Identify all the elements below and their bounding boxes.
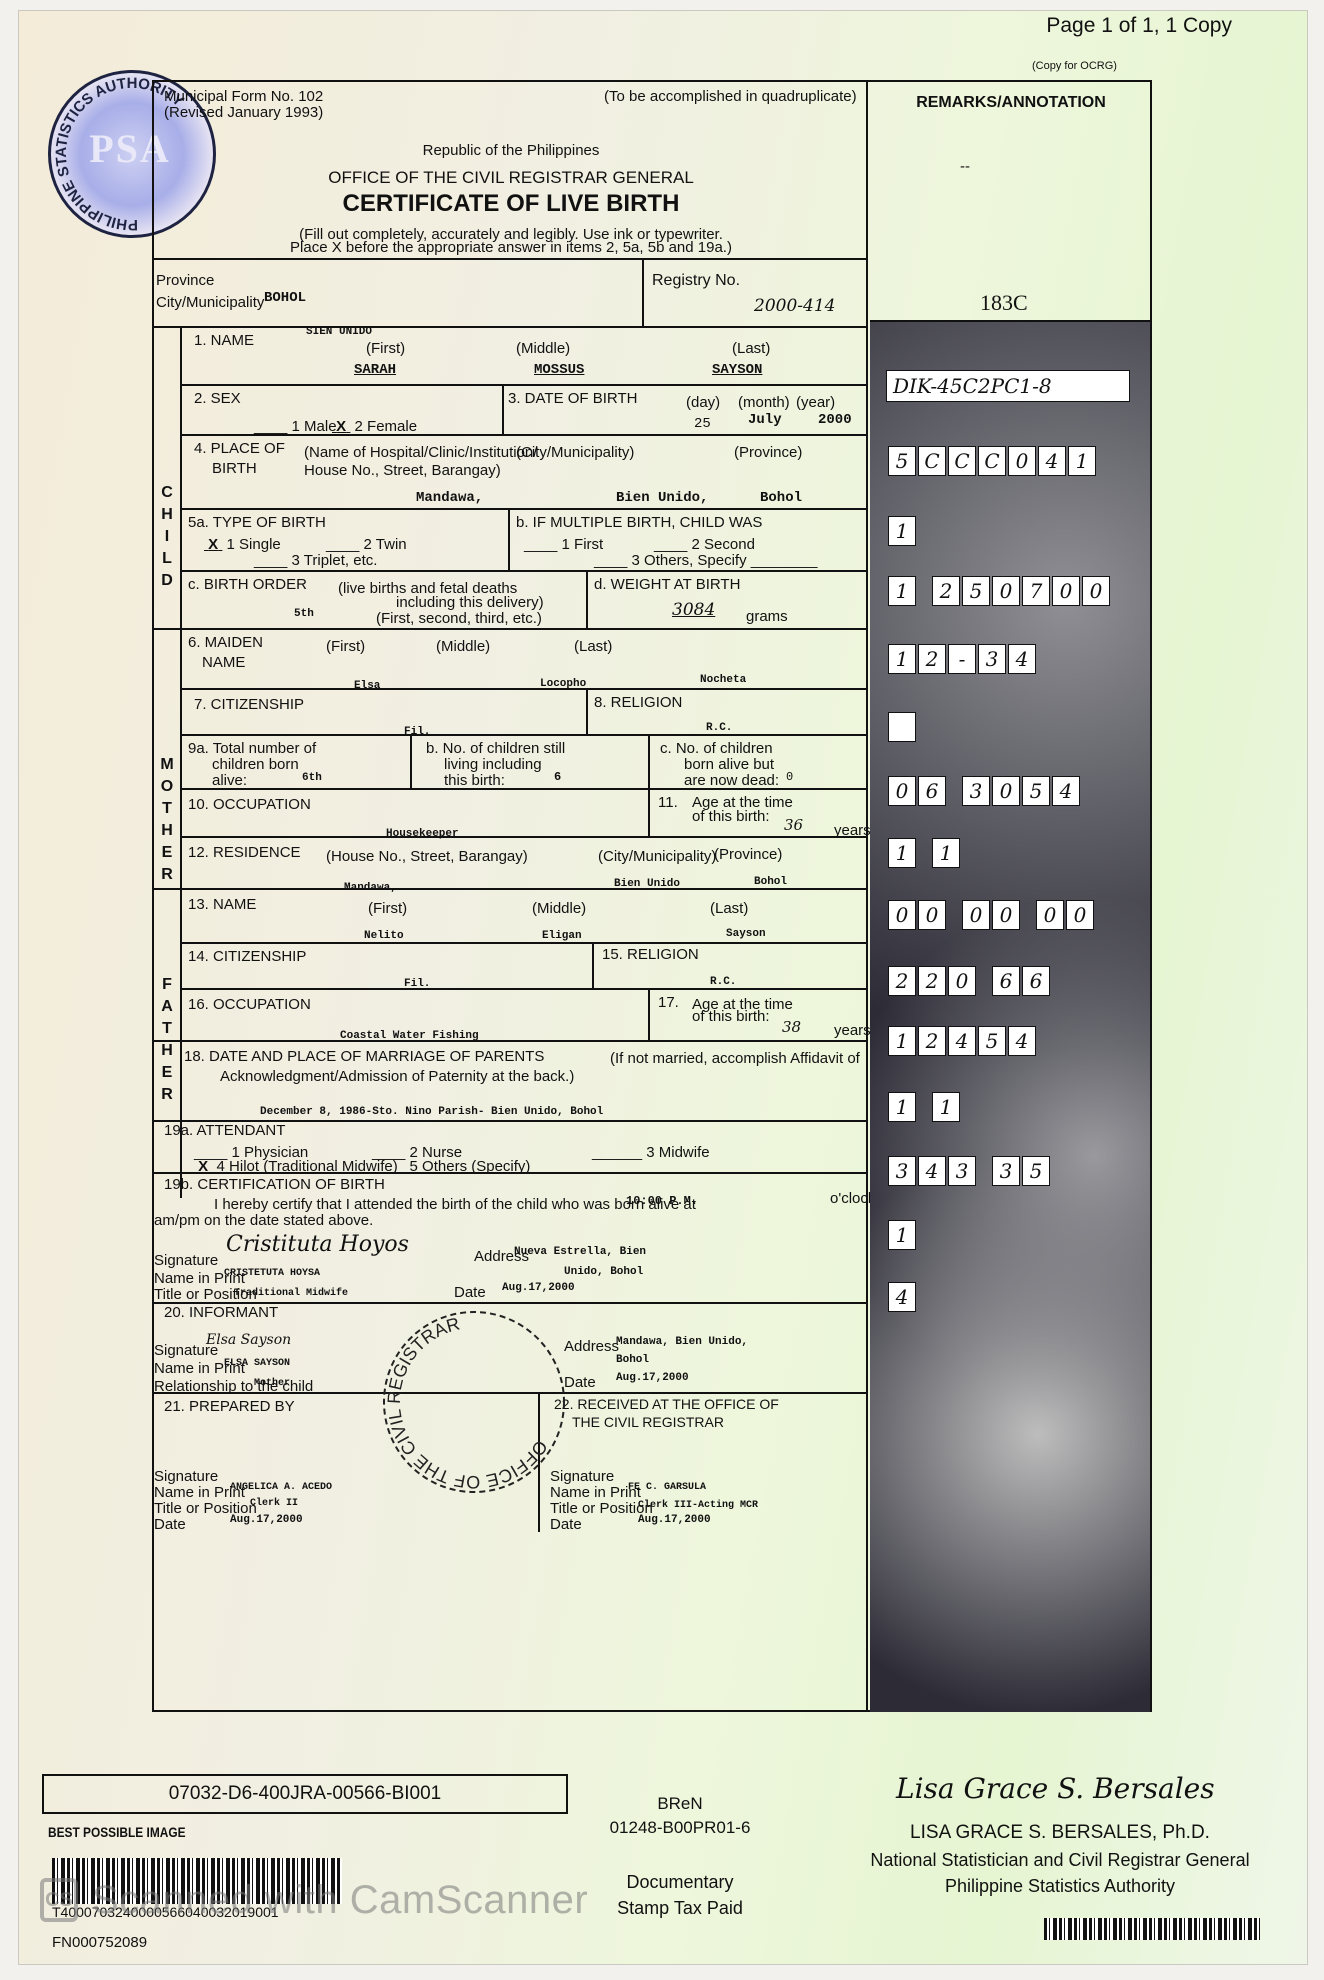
father-age-value: 38 <box>782 1018 801 1036</box>
coding-box: 7 <box>1022 576 1050 606</box>
dob-label: 3. DATE OF BIRTH <box>508 390 637 407</box>
father-name-label: 13. NAME <box>188 896 256 913</box>
pob-label: 4. PLACE OF <box>194 440 285 457</box>
father-religion-label: 15. RELIGION <box>602 946 699 963</box>
coding-box: 1 <box>888 1026 916 1056</box>
weight-value: 3084 <box>672 600 715 620</box>
certification-label: 19b. CERTIFICATION OF BIRTH <box>164 1176 385 1193</box>
dead-children-value: 0 <box>786 770 793 784</box>
coding-box: 4 <box>1008 644 1036 674</box>
coding-box: 3 <box>888 1156 916 1186</box>
child-first-name: SARAH <box>354 362 396 378</box>
coding-box: 1 <box>888 576 916 606</box>
coding-box: 4 <box>948 1026 976 1056</box>
province-label: Province <box>156 272 214 289</box>
child-middle-name: MOSSUS <box>534 362 584 378</box>
coding-box: 0 <box>992 576 1020 606</box>
coding-box: C <box>918 446 946 476</box>
coding-box: 1 <box>932 1092 960 1122</box>
attendant-address-2: Unido, Bohol <box>564 1266 643 1278</box>
form-revised: (Revised January 1993) <box>164 104 323 121</box>
coding-box: 2 <box>932 576 960 606</box>
signatory-title: National Statistician and Civil Registra… <box>830 1850 1290 1871</box>
coding-box <box>918 1092 930 1122</box>
signatory-name: LISA GRACE S. BERSALES, Ph.D. <box>830 1822 1290 1844</box>
camscanner-watermark: Scanned with CamScanner <box>92 1878 588 1923</box>
form-number: Municipal Form No. 102 <box>164 88 323 105</box>
coding-box-row: 11 <box>888 838 960 868</box>
birth-type-label: 5a. TYPE OF BIRTH <box>188 514 326 531</box>
coding-box: 0 <box>1082 576 1110 606</box>
coding-box: 1 <box>1068 446 1096 476</box>
total-children-value: 6th <box>302 772 322 784</box>
coding-box: 0 <box>962 900 990 930</box>
small-barcode-icon <box>1044 1918 1260 1940</box>
coding-box: 5 <box>978 1026 1006 1056</box>
city-label: City/Municipality <box>156 294 264 311</box>
coding-box: 3 <box>948 1156 976 1186</box>
prepared-by-name: ANGELICA A. ACEDO <box>230 1482 332 1493</box>
bren-label: BReN <box>580 1794 780 1814</box>
pob-province: Bohol <box>760 490 802 506</box>
birth-certificate-form: Municipal Form No. 102 (Revised January … <box>152 80 1152 1712</box>
attendant-label: 19a. ATTENDANT <box>164 1122 285 1139</box>
coding-box <box>978 1156 990 1186</box>
informant-label: 20. INFORMANT <box>164 1304 278 1321</box>
form-main: Municipal Form No. 102 (Revised January … <box>154 82 868 1710</box>
informant-name: ELSA SAYSON <box>224 1358 290 1369</box>
coding-box: 5 <box>1022 1156 1050 1186</box>
coding-box: 2 <box>918 644 946 674</box>
living-children-value: 6 <box>554 770 561 784</box>
ocrg-coding-panel: DIK-45C2PC1-8 5CCC0411125070012-34063054… <box>870 322 1150 1712</box>
child-name-above: SIEN UNIDO <box>306 326 372 338</box>
prepared-by-label: 21. PREPARED BY <box>164 1398 295 1415</box>
pob-city: Bien Unido, <box>616 490 708 506</box>
attendant-signature: Cristituta Hoyos <box>226 1232 409 1257</box>
sex-male-option: ____ 1 Male <box>254 418 337 435</box>
coding-box-row: 22066 <box>888 966 1050 996</box>
coding-box: 0 <box>1066 900 1094 930</box>
coding-box: 0 <box>1052 576 1080 606</box>
coding-box: 1 <box>932 838 960 868</box>
birth-order-value: 5th <box>294 608 314 620</box>
coding-box: 6 <box>1022 966 1050 996</box>
coding-box-row: 4 <box>888 1282 916 1312</box>
attendant-date: Aug.17,2000 <box>502 1282 575 1294</box>
father-middle-name: Eligan <box>542 930 582 942</box>
remarks-title: REMARKS/ANNOTATION <box>870 94 1152 112</box>
coding-box: 4 <box>918 1156 946 1186</box>
coding-box: 0 <box>888 776 916 806</box>
fn-number: FN000752089 <box>52 1934 147 1951</box>
remarks-column: REMARKS/ANNOTATION -- 183C DIK-45C2PC1-8… <box>870 82 1152 1710</box>
coding-box <box>948 776 960 806</box>
section-child: CHILD <box>158 482 176 592</box>
coding-box-row: 1250700 <box>888 576 1110 606</box>
coding-box: 1 <box>888 644 916 674</box>
marriage-label: 18. DATE AND PLACE OF MARRIAGE OF PARENT… <box>184 1048 544 1065</box>
sex-female-option: X 2 Female <box>332 418 417 435</box>
security-code-box: 07032-D6-400JRA-00566-BI001 <box>42 1774 568 1814</box>
mother-first-name: Elsa <box>354 680 380 692</box>
father-last-name: Sayson <box>726 928 766 940</box>
office-label: OFFICE OF THE CIVIL REGISTRAR GENERAL <box>154 168 868 188</box>
dob-year: 2000 <box>818 412 852 428</box>
copy-for-label: (Copy for OCRG) <box>1032 60 1117 72</box>
bren-value: 01248-B00PR01-6 <box>580 1818 780 1838</box>
coding-box <box>918 838 930 868</box>
dob-day: 25 <box>694 416 711 432</box>
ocrg-code-box: DIK-45C2PC1-8 <box>886 370 1130 402</box>
informant-signature: Elsa Sayson <box>206 1332 291 1348</box>
mother-citizenship-label: 7. CITIZENSHIP <box>194 696 304 713</box>
registry-value: 2000-414 <box>754 296 835 316</box>
informant-relationship: Mother <box>254 1378 290 1389</box>
coding-box: 3 <box>992 1156 1020 1186</box>
child-name-label: 1. NAME <box>194 332 254 349</box>
dob-month: July <box>748 412 782 428</box>
marriage-value: December 8, 1986-Sto. Nino Parish- Bien … <box>260 1106 603 1118</box>
informant-address-1: Mandawa, Bien Unido, <box>616 1336 748 1348</box>
coding-box: 1 <box>888 1092 916 1122</box>
mother-name-label: 6. MAIDEN <box>188 634 263 651</box>
republic-label: Republic of the Philippines <box>154 142 868 159</box>
coding-box <box>1022 900 1034 930</box>
coding-box: C <box>948 446 976 476</box>
stamp-tax-2: Stamp Tax Paid <box>580 1898 780 1919</box>
residence-label: 12. RESIDENCE <box>188 844 301 861</box>
page-count: Page 1 of 1, 1 Copy <box>1046 14 1232 38</box>
coding-box <box>918 576 930 606</box>
father-religion: R.C. <box>710 976 736 988</box>
best-image-label: BEST POSSIBLE IMAGE <box>48 1824 186 1840</box>
child-last-name: SAYSON <box>712 362 762 378</box>
birth-time: 10:00 P.M. <box>626 1194 698 1208</box>
coding-box: - <box>948 644 976 674</box>
coding-box-row: 11 <box>888 1092 960 1122</box>
coding-box-row: 1 <box>888 516 916 546</box>
coding-box: 5 <box>888 446 916 476</box>
coding-box: 4 <box>1052 776 1080 806</box>
registry-label: Registry No. <box>652 272 740 290</box>
coding-box <box>978 966 990 996</box>
coding-box: 0 <box>992 900 1020 930</box>
registrar-signature: Lisa Grace S. Bersales <box>896 1772 1215 1805</box>
attendant-address-1: Nueva Estrella, Bien <box>514 1246 646 1258</box>
coding-box: 1 <box>888 1220 916 1250</box>
civil-registrar-stamp-icon: OFFICE OF THE CIVIL REGISTRAR <box>374 1302 574 1502</box>
weight-label: d. WEIGHT AT BIRTH <box>594 576 740 593</box>
multiple-birth-label: b. IF MULTIPLE BIRTH, CHILD WAS <box>516 514 762 531</box>
coding-box: 4 <box>1038 446 1066 476</box>
coding-box: 4 <box>888 1282 916 1312</box>
coding-box-row: 12-34 <box>888 644 1036 674</box>
stamp-tax-1: Documentary <box>580 1872 780 1893</box>
coding-box-row: 063054 <box>888 776 1080 806</box>
father-occupation-label: 16. OCCUPATION <box>188 996 311 1013</box>
received-date: Aug.17,2000 <box>638 1514 711 1526</box>
coding-box-row: 000000 <box>888 900 1094 930</box>
mother-religion: R.C. <box>706 722 732 734</box>
informant-address-2: Bohol <box>616 1354 649 1366</box>
pob-place: Mandawa, <box>416 490 483 506</box>
certificate-title: CERTIFICATE OF LIVE BIRTH <box>154 190 868 218</box>
coding-box: 0 <box>992 776 1020 806</box>
mother-religion-label: 8. RELIGION <box>594 694 682 711</box>
informant-date: Aug.17,2000 <box>616 1372 689 1384</box>
section-mother: MOTHER <box>158 754 176 886</box>
received-by-title: Clerk III-Acting MCR <box>638 1500 758 1511</box>
coding-box: C <box>978 446 1006 476</box>
residence-province: Bohol <box>754 876 787 888</box>
prepared-by-date: Aug.17,2000 <box>230 1514 303 1526</box>
coding-box: 0 <box>888 900 916 930</box>
coding-box: 2 <box>918 966 946 996</box>
coding-box-row <box>888 712 916 742</box>
coding-box: 0 <box>918 900 946 930</box>
city-value: BOHOL <box>264 290 306 306</box>
attendant-name: CRISTETUTA HOYSA <box>224 1268 320 1279</box>
coding-box: 3 <box>962 776 990 806</box>
mother-occupation: Housekeeper <box>386 828 459 840</box>
coding-box-row: 12454 <box>888 1026 1036 1056</box>
coding-box: 0 <box>1008 446 1036 476</box>
mother-citizenship: Fil. <box>404 726 430 738</box>
birth-order-label: c. BIRTH ORDER <box>188 576 307 593</box>
coding-box-row: 5CCC041 <box>888 446 1096 476</box>
instructions-2: Place X before the appropriate answer in… <box>154 239 868 256</box>
signatory-org: Philippine Statistics Authority <box>830 1876 1290 1897</box>
coding-box: 1 <box>888 838 916 868</box>
coding-box: 2 <box>888 966 916 996</box>
attendant-title: Traditional Midwife <box>234 1288 348 1299</box>
coding-box: 5 <box>962 576 990 606</box>
coding-box-row: 1 <box>888 1220 916 1250</box>
coding-box: 6 <box>992 966 1020 996</box>
coding-box <box>888 712 916 742</box>
father-first-name: Nelito <box>364 930 404 942</box>
coding-box-row: 34335 <box>888 1156 1050 1186</box>
remarks-number: 183C <box>980 290 1028 316</box>
sex-label: 2. SEX <box>194 390 241 407</box>
coding-box: 1 <box>888 516 916 546</box>
received-label: 22. RECEIVED AT THE OFFICE OF <box>554 1396 779 1412</box>
coding-box: 3 <box>978 644 1006 674</box>
mother-age-value: 36 <box>784 816 803 834</box>
camscanner-icon: CS <box>40 1878 78 1922</box>
coding-box: 5 <box>1022 776 1050 806</box>
coding-box <box>948 900 960 930</box>
svg-text:OFFICE OF THE CIVIL REGISTRAR: OFFICE OF THE CIVIL REGISTRAR <box>374 1302 574 1502</box>
coding-box: 0 <box>948 966 976 996</box>
coding-box: 6 <box>918 776 946 806</box>
coding-box: 2 <box>918 1026 946 1056</box>
mother-occupation-label: 10. OCCUPATION <box>188 796 311 813</box>
mother-last-name: Nocheta <box>700 674 746 686</box>
coding-box: 0 <box>1036 900 1064 930</box>
received-by-name: FE C. GARSULA <box>628 1482 706 1493</box>
father-citizenship-label: 14. CITIZENSHIP <box>188 948 306 965</box>
prepared-by-title: Clerk II <box>250 1498 298 1509</box>
coding-box: 4 <box>1008 1026 1036 1056</box>
quadruplicate-note: (To be accomplished in quadruplicate) <box>604 88 857 105</box>
